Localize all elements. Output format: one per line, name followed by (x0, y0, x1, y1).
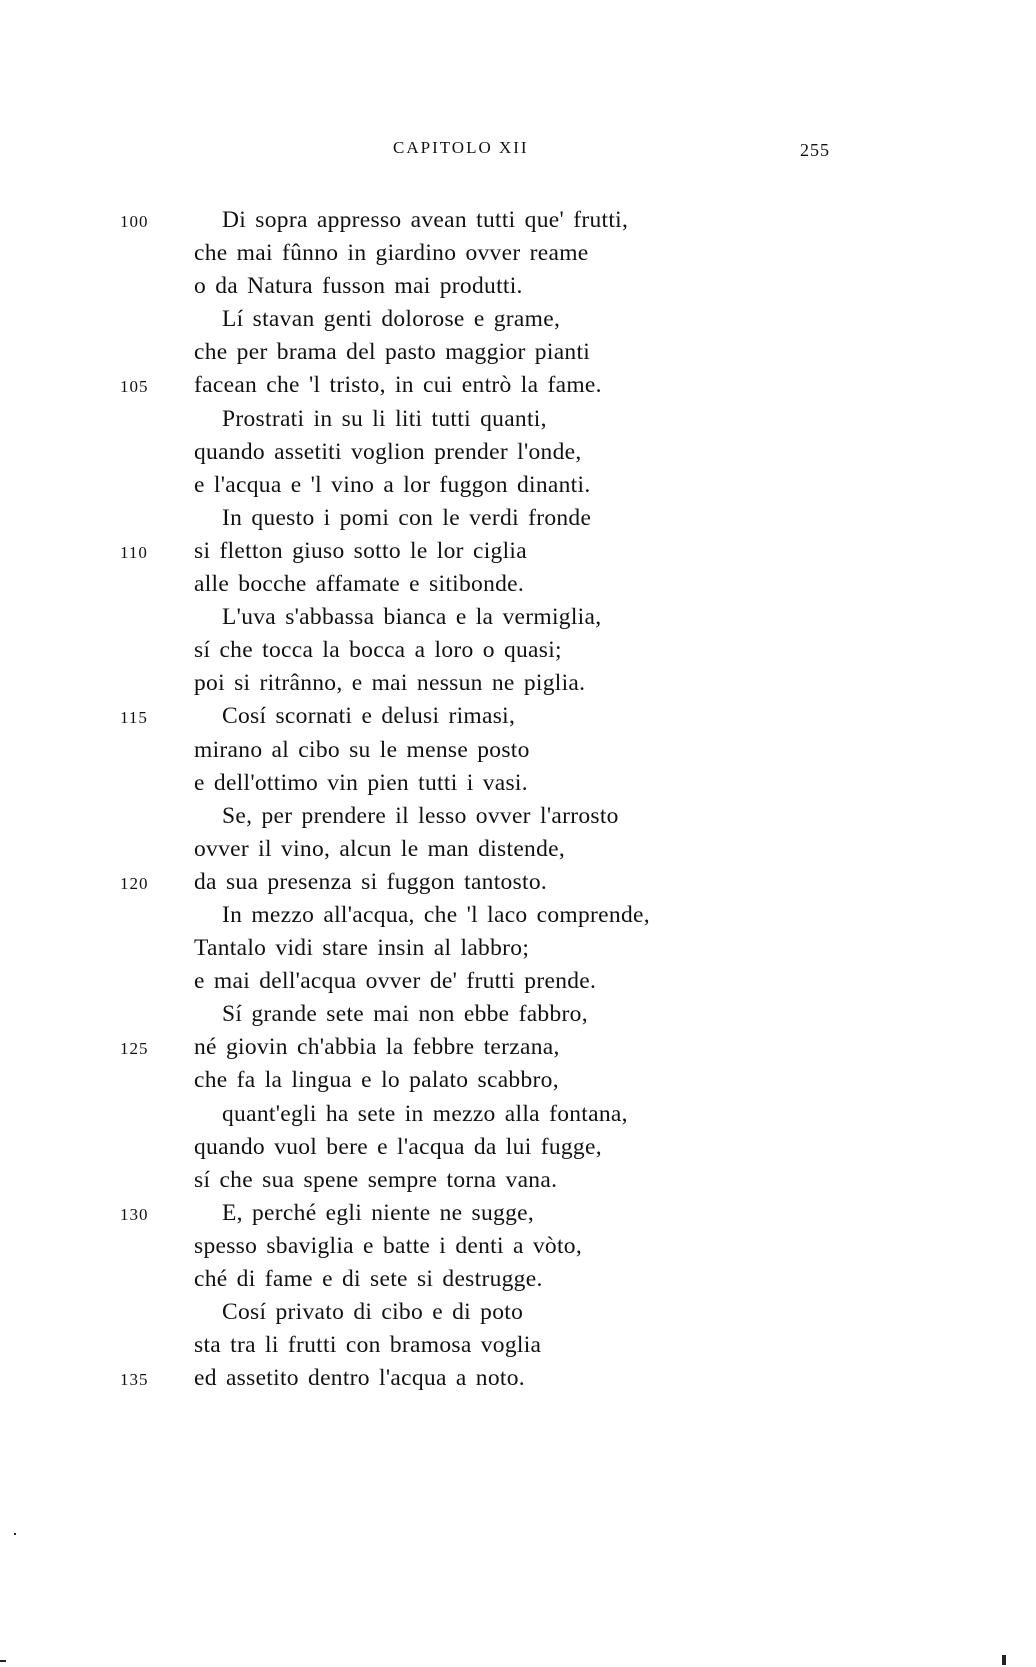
verse-text: Prostrati in su li liti tutti quanti, (222, 403, 547, 436)
scan-artifact (0, 1660, 6, 1662)
verse-text: da sua presenza si fuggon tantosto. (194, 866, 547, 899)
verse-line: e mai dell'acqua ovver de' frutti prende… (0, 965, 1036, 998)
verse-line: che per brama del pasto maggior pianti (0, 336, 1036, 369)
page-number: 255 (800, 140, 830, 161)
verse-line: ovver il vino, alcun le man distende, (0, 833, 1036, 866)
verse-text: o da Natura fusson mai produtti. (194, 270, 523, 303)
verse-line: 105facean che 'l tristo, in cui entrò la… (0, 369, 1036, 402)
verse-text: L'uva s'abbassa bianca e la vermiglia, (222, 601, 601, 634)
line-number: 135 (120, 1363, 149, 1396)
verse-text: Tantalo vidi stare insin al labbro; (194, 932, 529, 965)
running-head: CAPITOLO XII 255 (0, 138, 1036, 168)
verse-line: mirano al cibo su le mense posto (0, 734, 1036, 767)
line-number: 105 (120, 370, 149, 403)
verse-line: 135ed assetito dentro l'acqua a noto. (0, 1362, 1036, 1395)
verse-line: In questo i pomi con le verdi fronde (0, 502, 1036, 535)
verse-line: 110si fletton giuso sotto le lor ciglia (0, 535, 1036, 568)
line-number: 130 (120, 1198, 149, 1231)
verse-line: Prostrati in su li liti tutti quanti, (0, 403, 1036, 436)
verse-text: si fletton giuso sotto le lor ciglia (194, 535, 527, 568)
verse-text: Di sopra appresso avean tutti que' frutt… (222, 204, 628, 237)
verse-line: quando assetiti voglion prender l'onde, (0, 436, 1036, 469)
verse-line: Se, per prendere il lesso ovver l'arrost… (0, 800, 1036, 833)
verse-line: che mai fûnno in giardino ovver reame (0, 237, 1036, 270)
verse-text: sí che tocca la bocca a loro o quasi; (194, 634, 562, 667)
verse-line: alle bocche affamate e sitibonde. (0, 568, 1036, 601)
line-number: 110 (120, 536, 148, 569)
verse-text: poi si ritrânno, e mai nessun ne piglia. (194, 667, 585, 700)
verse-text: E, perché egli niente ne sugge, (222, 1197, 534, 1230)
verse-line: L'uva s'abbassa bianca e la vermiglia, (0, 601, 1036, 634)
verse-text: e mai dell'acqua ovver de' frutti prende… (194, 965, 596, 998)
verse-line: Sí grande sete mai non ebbe fabbro, (0, 998, 1036, 1031)
verse-line: o da Natura fusson mai produtti. (0, 270, 1036, 303)
verse-line: Tantalo vidi stare insin al labbro; (0, 932, 1036, 965)
verse-line: 130E, perché egli niente ne sugge, (0, 1197, 1036, 1230)
verse-text: ché di fame e di sete si destrugge. (194, 1263, 543, 1296)
verse-text: Lí stavan genti dolorose e grame, (222, 303, 560, 336)
verse-text: Cosí privato di cibo e di poto (222, 1296, 523, 1329)
verse-text: Cosí scornati e delusi rimasi, (222, 700, 515, 733)
line-number: 115 (120, 701, 148, 734)
verse-text: alle bocche affamate e sitibonde. (194, 568, 524, 601)
line-number: 100 (120, 205, 149, 238)
verse-line: 120da sua presenza si fuggon tantosto. (0, 866, 1036, 899)
verse-text: In mezzo all'acqua, che 'l laco comprend… (222, 899, 650, 932)
verse-line: 100Di sopra appresso avean tutti que' fr… (0, 204, 1036, 237)
running-title: CAPITOLO XII (393, 138, 529, 158)
verse-line: sí che sua spene sempre torna vana. (0, 1164, 1036, 1197)
verse-text: che per brama del pasto maggior pianti (194, 336, 590, 369)
verse-line: quant'egli ha sete in mezzo alla fontana… (0, 1098, 1036, 1131)
verse-text: che mai fûnno in giardino ovver reame (194, 237, 589, 270)
verse-text: ed assetito dentro l'acqua a noto. (194, 1362, 525, 1395)
verse-line: poi si ritrânno, e mai nessun ne piglia. (0, 667, 1036, 700)
verse-line: spesso sbaviglia e batte i denti a vòto, (0, 1230, 1036, 1263)
verse-text: mirano al cibo su le mense posto (194, 734, 530, 767)
verse-text: quando assetiti voglion prender l'onde, (194, 436, 582, 469)
verse-text: quant'egli ha sete in mezzo alla fontana… (222, 1098, 628, 1131)
verse-line: e l'acqua e 'l vino a lor fuggon dinanti… (0, 469, 1036, 502)
line-number: 125 (120, 1032, 149, 1065)
verse-line: che fa la lingua e lo palato scabbro, (0, 1064, 1036, 1097)
verse-line: ché di fame e di sete si destrugge. (0, 1263, 1036, 1296)
verse-text: In questo i pomi con le verdi fronde (222, 502, 591, 535)
verse-text: sí che sua spene sempre torna vana. (194, 1164, 557, 1197)
verse-line: In mezzo all'acqua, che 'l laco comprend… (0, 899, 1036, 932)
scan-artifact (14, 1533, 16, 1535)
verse-line: Lí stavan genti dolorose e grame, (0, 303, 1036, 336)
verse-line: sta tra li frutti con bramosa voglia (0, 1329, 1036, 1362)
verse-text: facean che 'l tristo, in cui entrò la fa… (194, 369, 602, 402)
scan-artifact (1002, 1655, 1006, 1665)
line-number: 120 (120, 867, 149, 900)
verse-line: sí che tocca la bocca a loro o quasi; (0, 634, 1036, 667)
verse-text: Se, per prendere il lesso ovver l'arrost… (222, 800, 619, 833)
verse-text: Sí grande sete mai non ebbe fabbro, (222, 998, 588, 1031)
verse-line: 125né giovin ch'abbia la febbre terzana, (0, 1031, 1036, 1064)
verse-text: e dell'ottimo vin pien tutti i vasi. (194, 767, 528, 800)
verse-text: né giovin ch'abbia la febbre terzana, (194, 1031, 560, 1064)
verse-line: Cosí privato di cibo e di poto (0, 1296, 1036, 1329)
verse-text: sta tra li frutti con bramosa voglia (194, 1329, 541, 1362)
verse-text: che fa la lingua e lo palato scabbro, (194, 1064, 559, 1097)
verse-line: quando vuol bere e l'acqua da lui fugge, (0, 1131, 1036, 1164)
verse-line: e dell'ottimo vin pien tutti i vasi. (0, 767, 1036, 800)
verse-text: e l'acqua e 'l vino a lor fuggon dinanti… (194, 469, 591, 502)
verse-text: ovver il vino, alcun le man distende, (194, 833, 565, 866)
verse-block: 100Di sopra appresso avean tutti que' fr… (0, 204, 1036, 1395)
verse-text: spesso sbaviglia e batte i denti a vòto, (194, 1230, 582, 1263)
verse-line: 115Cosí scornati e delusi rimasi, (0, 700, 1036, 733)
verse-text: quando vuol bere e l'acqua da lui fugge, (194, 1131, 602, 1164)
